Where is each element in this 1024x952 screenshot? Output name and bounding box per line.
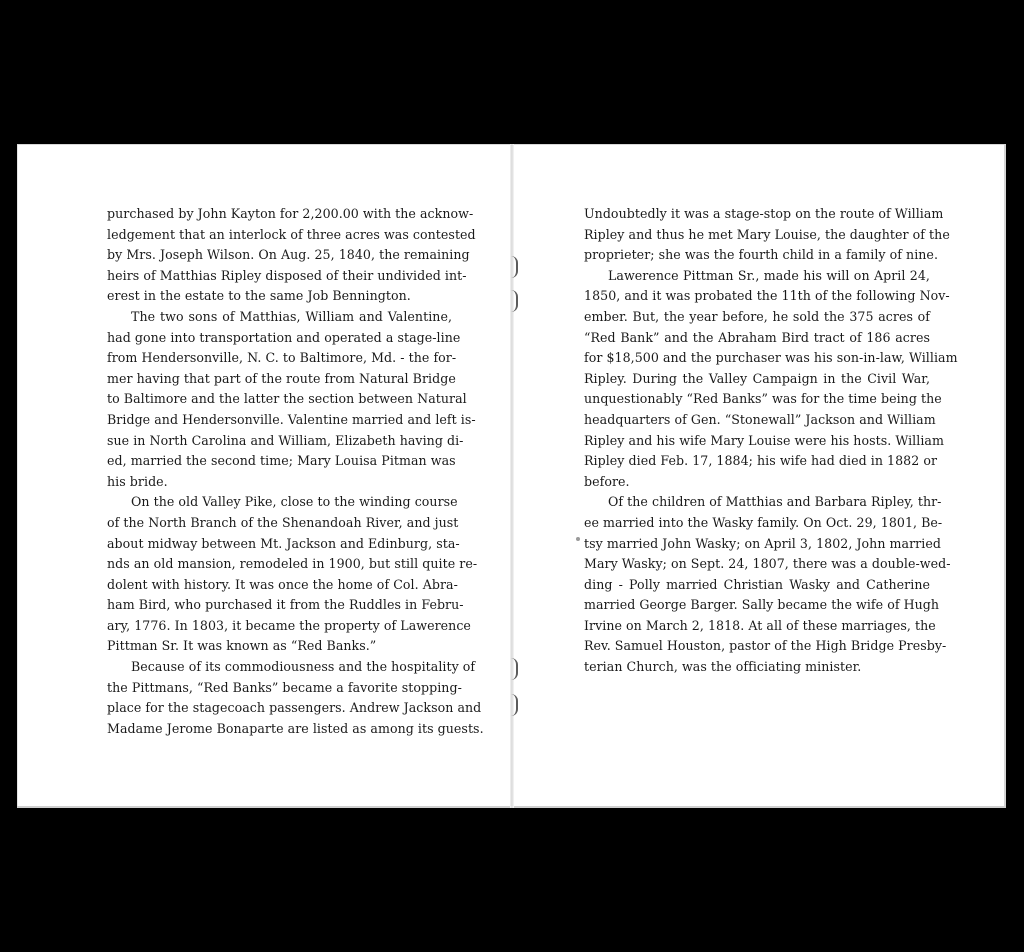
text-line: to Baltimore and the latter the section … (107, 389, 452, 410)
paper-speck (576, 537, 580, 541)
paragraph: Of the children of Matthias and Barbara … (584, 492, 930, 677)
text-line: terian Church, was the officiating minis… (584, 657, 930, 678)
text-line: ary, 1776. In 1803, it became the proper… (107, 616, 452, 637)
paragraph: Because of its commodiousness and the ho… (107, 657, 452, 739)
text-line: for $18,500 and the purchaser was his so… (584, 348, 930, 369)
text-line: married George Barger. Sally became the … (584, 595, 930, 616)
text-line: 1850, and it was probated the 11th of th… (584, 286, 930, 307)
text-line: mer having that part of the route from N… (107, 369, 452, 390)
text-line: erest in the estate to the same Job Benn… (107, 286, 452, 307)
text-line: Irvine on March 2, 1818. At all of these… (584, 616, 930, 637)
text-line: Ripley and his wife Mary Louise were his… (584, 431, 930, 452)
text-line: Bridge and Hendersonville. Valentine mar… (107, 410, 452, 431)
text-line: headquarters of Gen. “Stonewall” Jackson… (584, 410, 930, 431)
text-line: nds an old mansion, remodeled in 1900, b… (107, 554, 452, 575)
text-line: Undoubtedly it was a stage-stop on the r… (584, 204, 930, 225)
text-line: Madame Jerome Bonaparte are listed as am… (107, 719, 452, 740)
text-line: about midway between Mt. Jackson and Edi… (107, 534, 452, 555)
text-line: before. (584, 472, 930, 493)
text-line: On the old Valley Pike, close to the win… (107, 492, 452, 513)
text-line: Ripley. During the Valley Campaign in th… (584, 369, 930, 390)
text-line: Pittman Sr. It was known as “Red Banks.” (107, 636, 452, 657)
text-line: The two sons of Matthias, William and Va… (107, 307, 452, 328)
text-line: tsy married John Wasky; on April 3, 1802… (584, 534, 930, 555)
text-line: of the North Branch of the Shenandoah Ri… (107, 513, 452, 534)
paragraph: purchased by John Kayton for 2,200.00 wi… (107, 204, 452, 307)
text-line: unquestionably “Red Banks” was for the t… (584, 389, 930, 410)
text-line: Lawerence Pittman Sr., made his will on … (584, 266, 930, 287)
text-line: by Mrs. Joseph Wilson. On Aug. 25, 1840,… (107, 245, 452, 266)
right-page-text: Undoubtedly it was a stage-stop on the r… (584, 204, 930, 678)
text-line: sue in North Carolina and William, Eliza… (107, 431, 452, 452)
paragraph: Undoubtedly it was a stage-stop on the r… (584, 204, 930, 266)
text-line: proprieter; she was the fourth child in … (584, 245, 930, 266)
text-line: ember. But, the year before, he sold the… (584, 307, 930, 328)
paragraph: The two sons of Matthias, William and Va… (107, 307, 452, 492)
text-line: place for the stagecoach passengers. And… (107, 698, 452, 719)
text-line: Rev. Samuel Houston, pastor of the High … (584, 636, 930, 657)
booklet-spread: purchased by John Kayton for 2,200.00 wi… (17, 144, 1006, 808)
right-page: Undoubtedly it was a stage-stop on the r… (512, 144, 1006, 808)
paragraph: On the old Valley Pike, close to the win… (107, 492, 452, 657)
text-line: the Pittmans, “Red Banks” became a favor… (107, 678, 452, 699)
text-line: ding - Polly married Christian Wasky and… (584, 575, 930, 596)
text-line: ledgement that an interlock of three acr… (107, 225, 452, 246)
left-page-text: purchased by John Kayton for 2,200.00 wi… (107, 204, 452, 739)
text-line: ee married into the Wasky family. On Oct… (584, 513, 930, 534)
text-line: ham Bird, who purchased it from the Rudd… (107, 595, 452, 616)
text-line: Ripley died Feb. 17, 1884; his wife had … (584, 451, 930, 472)
text-line: had gone into transportation and operate… (107, 328, 452, 349)
paragraph: Lawerence Pittman Sr., made his will on … (584, 266, 930, 493)
text-line: from Hendersonville, N. C. to Baltimore,… (107, 348, 452, 369)
text-line: dolent with history. It was once the hom… (107, 575, 452, 596)
text-line: his bride. (107, 472, 452, 493)
text-line: Because of its commodiousness and the ho… (107, 657, 452, 678)
text-line: heirs of Matthias Ripley disposed of the… (107, 266, 452, 287)
text-line: Mary Wasky; on Sept. 24, 1807, there was… (584, 554, 930, 575)
text-line: ed, married the second time; Mary Louisa… (107, 451, 452, 472)
text-line: “Red Bank” and the Abraham Bird tract of… (584, 328, 930, 349)
left-page: purchased by John Kayton for 2,200.00 wi… (17, 144, 512, 808)
text-line: purchased by John Kayton for 2,200.00 wi… (107, 204, 452, 225)
text-line: Of the children of Matthias and Barbara … (584, 492, 930, 513)
text-line: Ripley and thus he met Mary Louise, the … (584, 225, 930, 246)
